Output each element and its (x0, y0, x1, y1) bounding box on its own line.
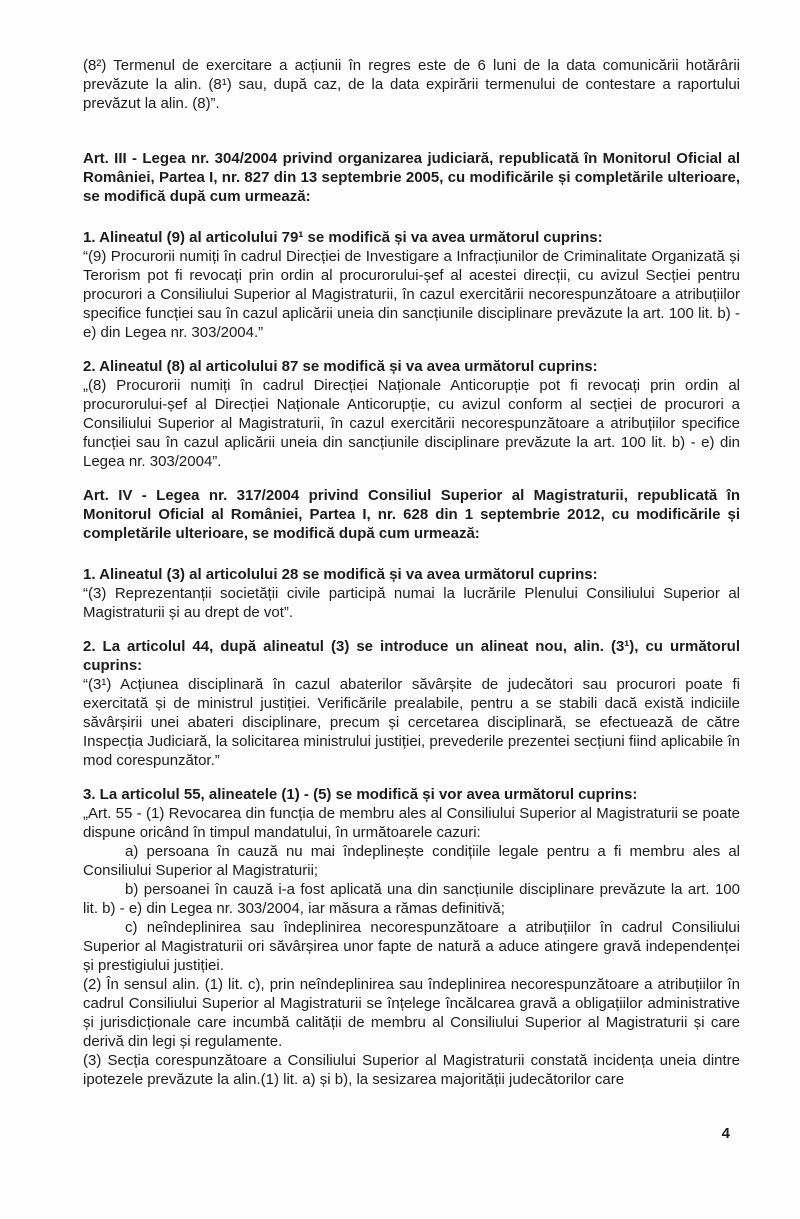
art-iv-item-3: 3. La articolul 55, alineatele (1) - (5)… (83, 785, 740, 1089)
art-55-alin-3: (3) Secția corespunzătoare a Consiliului… (83, 1051, 740, 1089)
art-iii-item-1-body: “(9) Procurorii numiți în cadrul Direcți… (83, 247, 740, 342)
art-iv-item-3-heading: 3. La articolul 55, alineatele (1) - (5)… (83, 785, 740, 804)
art-55-alin-2: (2) În sensul alin. (1) lit. c), prin ne… (83, 975, 740, 1051)
art-iv-item-1: 1. Alineatul (3) al articolului 28 se mo… (83, 565, 740, 622)
art-iii-item-1-heading: 1. Alineatul (9) al articolului 79¹ se m… (83, 228, 740, 247)
art-iii-heading: Art. III - Legea nr. 304/2004 privind or… (83, 149, 740, 206)
art-iii-item-2: 2. Alineatul (8) al articolului 87 se mo… (83, 357, 740, 471)
art-iv-item-2: 2. La articolul 44, după alineatul (3) s… (83, 637, 740, 770)
document-page: (8²) Termenul de exercitare a acțiunii î… (0, 0, 800, 1219)
art-iv-heading: Art. IV - Legea nr. 317/2004 privind Con… (83, 486, 740, 543)
art-55-alin-1: „Art. 55 - (1) Revocarea din funcția de … (83, 804, 740, 842)
art-55-lit-b: b) persoanei în cauză i-a fost aplicată … (83, 880, 740, 918)
art-55-lit-a: a) persoana în cauză nu mai îndeplinește… (83, 842, 740, 880)
art-iv-item-2-heading: 2. La articolul 44, după alineatul (3) s… (83, 637, 740, 675)
intro-paragraph-regres: (8²) Termenul de exercitare a acțiunii î… (83, 56, 740, 113)
art-iii-item-2-body: „(8) Procurorii numiți în cadrul Direcți… (83, 376, 740, 471)
page-number: 4 (722, 1124, 730, 1143)
art-iv-item-1-heading: 1. Alineatul (3) al articolului 28 se mo… (83, 565, 740, 584)
art-iii-item-2-heading: 2. Alineatul (8) al articolului 87 se mo… (83, 357, 740, 376)
art-iv-item-1-body: “(3) Reprezentanții societății civile pa… (83, 584, 740, 622)
art-iii-item-1: 1. Alineatul (9) al articolului 79¹ se m… (83, 228, 740, 342)
art-iv-item-2-body: “(3¹) Acțiunea disciplinară în cazul aba… (83, 675, 740, 770)
art-55-lit-c: c) neîndeplinirea sau îndeplinirea necor… (83, 918, 740, 975)
